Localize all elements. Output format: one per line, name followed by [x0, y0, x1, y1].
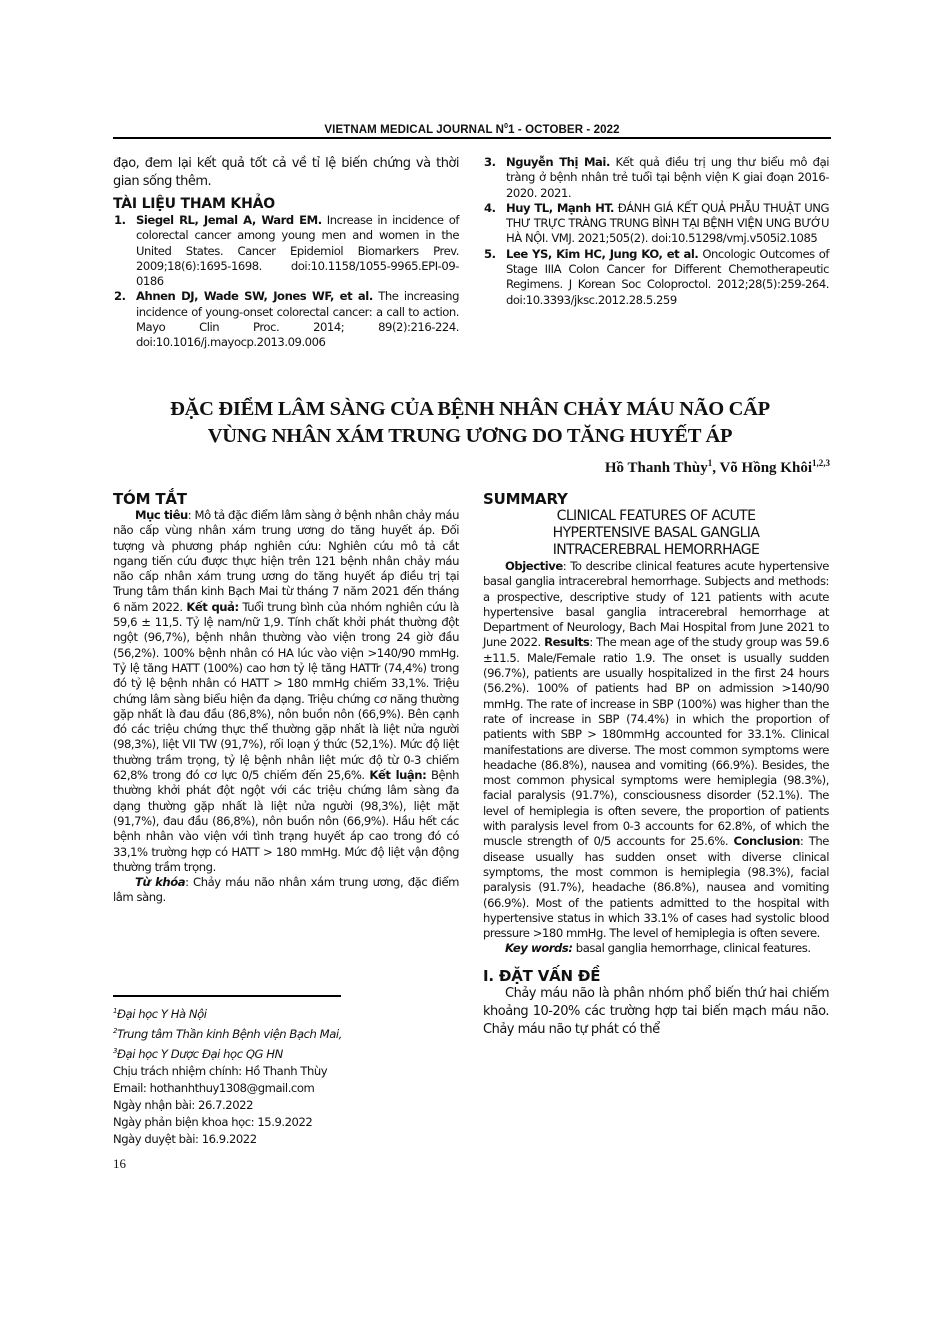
intro-heading: I. ĐẶT VẤN ĐỀ — [483, 967, 829, 985]
article-title: ĐẶC ĐIỂM LÂM SÀNG CỦA BỆNH NHÂN CHẢY MÁU… — [120, 396, 820, 450]
reference-authors: Siegel RL, Jemal A, Ward EM. — [136, 213, 322, 227]
results-label: Kết quả: — [186, 600, 238, 614]
journal-name: VIETNAM MEDICAL JOURNAL N — [324, 124, 504, 136]
affiliation-text: Đại học Y Hà Nội — [117, 1007, 207, 1021]
reference-item: 3.Nguyễn Thị Mai. Kết quả điều trị ung t… — [483, 155, 829, 201]
article-authors: Hồ Thanh Thùy1, Võ Hồng Khôi1,2,3 — [605, 458, 830, 477]
prev-article-right-column: 3.Nguyễn Thị Mai. Kết quả điều trị ung t… — [483, 155, 829, 308]
results-text: Tuổi trung bình của nhóm nghiên cứu là 5… — [113, 600, 459, 782]
article-title-line-1: ĐẶC ĐIỂM LÂM SÀNG CỦA BỆNH NHÂN CHẢY MÁU… — [120, 396, 820, 423]
footnotes: 1Đại học Y Hà Nội 2Trung tâm Thần kinh B… — [113, 1003, 342, 1148]
keywords-en: Key words: basal ganglia hemorrhage, cli… — [483, 941, 829, 956]
author-affiliation-sup: 1,2,3 — [812, 458, 830, 468]
reference-number: 3. — [484, 155, 496, 170]
reference-authors: Lee YS, Kim HC, Jung KO, et al. — [506, 247, 698, 261]
date-accepted: Ngày duyệt bài: 16.9.2022 — [113, 1131, 342, 1148]
reference-number: 1. — [114, 213, 126, 228]
conclusion-text: Bệnh thường khởi phát đột ngột với các t… — [113, 768, 459, 874]
keywords-label: Key words: — [505, 941, 573, 955]
affiliation-2: 2Trung tâm Thần kinh Bệnh viện Bạch Mai, — [113, 1023, 342, 1043]
footnote-rule — [113, 995, 341, 997]
reference-item: 5.Lee YS, Kim HC, Jung KO, et al. Oncolo… — [483, 247, 829, 308]
affiliation-1: 1Đại học Y Hà Nội — [113, 1003, 342, 1023]
reference-item: 4.Huy TL, Mạnh HT. ĐÁNH GIÁ KẾT QUẢ PHẪU… — [483, 201, 829, 247]
results-label: Results — [544, 635, 589, 649]
abstract-english: SUMMARY CLINICAL FEATURES OF ACUTE HYPER… — [483, 490, 829, 1039]
date-reviewed: Ngày phản biện khoa học: 15.9.2022 — [113, 1114, 342, 1131]
objective-label: Mục tiêu — [135, 508, 188, 522]
author-name: Hồ Thanh Thùy — [605, 460, 708, 476]
conclusion-text: : The disease usually has sudden onset w… — [483, 834, 829, 940]
keywords-vi: Từ khóa: Chảy máu não nhân xám trung ươn… — [113, 875, 459, 906]
journal-issue: 1 - OCTOBER - 2022 — [508, 124, 620, 136]
summary-title-line-1: CLINICAL FEATURES OF ACUTE — [483, 508, 829, 525]
affiliation-text: Trung tâm Thần kinh Bệnh viện Bạch Mai, — [117, 1027, 342, 1041]
keywords-text: basal ganglia hemorrhage, clinical featu… — [573, 941, 811, 955]
affiliation-text: Đại học Y Dược Đại học QG HN — [117, 1047, 283, 1061]
article-title-line-2: VÙNG NHÂN XÁM TRUNG ƯƠNG DO TĂNG HUYẾT Á… — [120, 423, 820, 450]
objective-label: Objective — [505, 559, 563, 573]
results-text: : The mean age of the study group was 59… — [483, 635, 829, 848]
reference-item: 2.Ahnen DJ, Wade SW, Jones WF, et al. Th… — [113, 289, 459, 350]
summary-title-line-3: INTRACEREBRAL HEMORRHAGE — [483, 542, 829, 559]
author-name: Võ Hồng Khôi — [719, 460, 812, 476]
reference-authors: Ahnen DJ, Wade SW, Jones WF, et al. — [136, 289, 373, 303]
references-heading: TÀI LIỆU THAM KHẢO — [113, 195, 459, 213]
page-number: 16 — [113, 1156, 126, 1172]
corresponding-author: Chịu trách nhiệm chính: Hồ Thanh Thùy — [113, 1063, 342, 1080]
reference-number: 4. — [484, 201, 496, 216]
reference-number: 2. — [114, 289, 126, 304]
summary-heading: SUMMARY — [483, 490, 829, 508]
prev-article-closing-text: đạo, đem lại kết quả tốt cả về tỉ lệ biế… — [113, 155, 459, 191]
header-rule — [113, 137, 831, 139]
abstract-vi-heading: TÓM TẮT — [113, 490, 459, 508]
abstract-vi-body: Mục tiêu: Mô tả đặc điểm lâm sàng ở bệnh… — [113, 508, 459, 875]
intro-text: Chảy máu não là phân nhóm phổ biến thứ h… — [483, 985, 829, 1039]
summary-title-line-2: HYPERTENSIVE BASAL GANGLIA — [483, 525, 829, 542]
date-received: Ngày nhận bài: 26.7.2022 — [113, 1097, 342, 1114]
prev-article-left-column: đạo, đem lại kết quả tốt cả về tỉ lệ biế… — [113, 155, 459, 351]
reference-number: 5. — [484, 247, 496, 262]
affiliation-3: 3Đại học Y Dược Đại học QG HN — [113, 1043, 342, 1063]
reference-authors: Nguyễn Thị Mai. — [506, 155, 610, 169]
keywords-label: Từ khóa — [135, 875, 185, 889]
running-header: VIETNAM MEDICAL JOURNAL N01 - OCTOBER - … — [113, 123, 831, 136]
contact-email: Email: hothanhthuy1308@gmail.com — [113, 1080, 342, 1097]
reference-authors: Huy TL, Mạnh HT. — [506, 201, 614, 215]
abstract-vietnamese: TÓM TẮT Mục tiêu: Mô tả đặc điểm lâm sàn… — [113, 490, 459, 906]
abstract-en-body: Objective: To describe clinical features… — [483, 559, 829, 941]
conclusion-label: Conclusion — [733, 834, 799, 848]
conclusion-label: Kết luận: — [369, 768, 426, 782]
reference-item: 1.Siegel RL, Jemal A, Ward EM. Increase … — [113, 213, 459, 289]
objective-text: : Mô tả đặc điểm lâm sàng ở bệnh nhân ch… — [113, 508, 459, 614]
